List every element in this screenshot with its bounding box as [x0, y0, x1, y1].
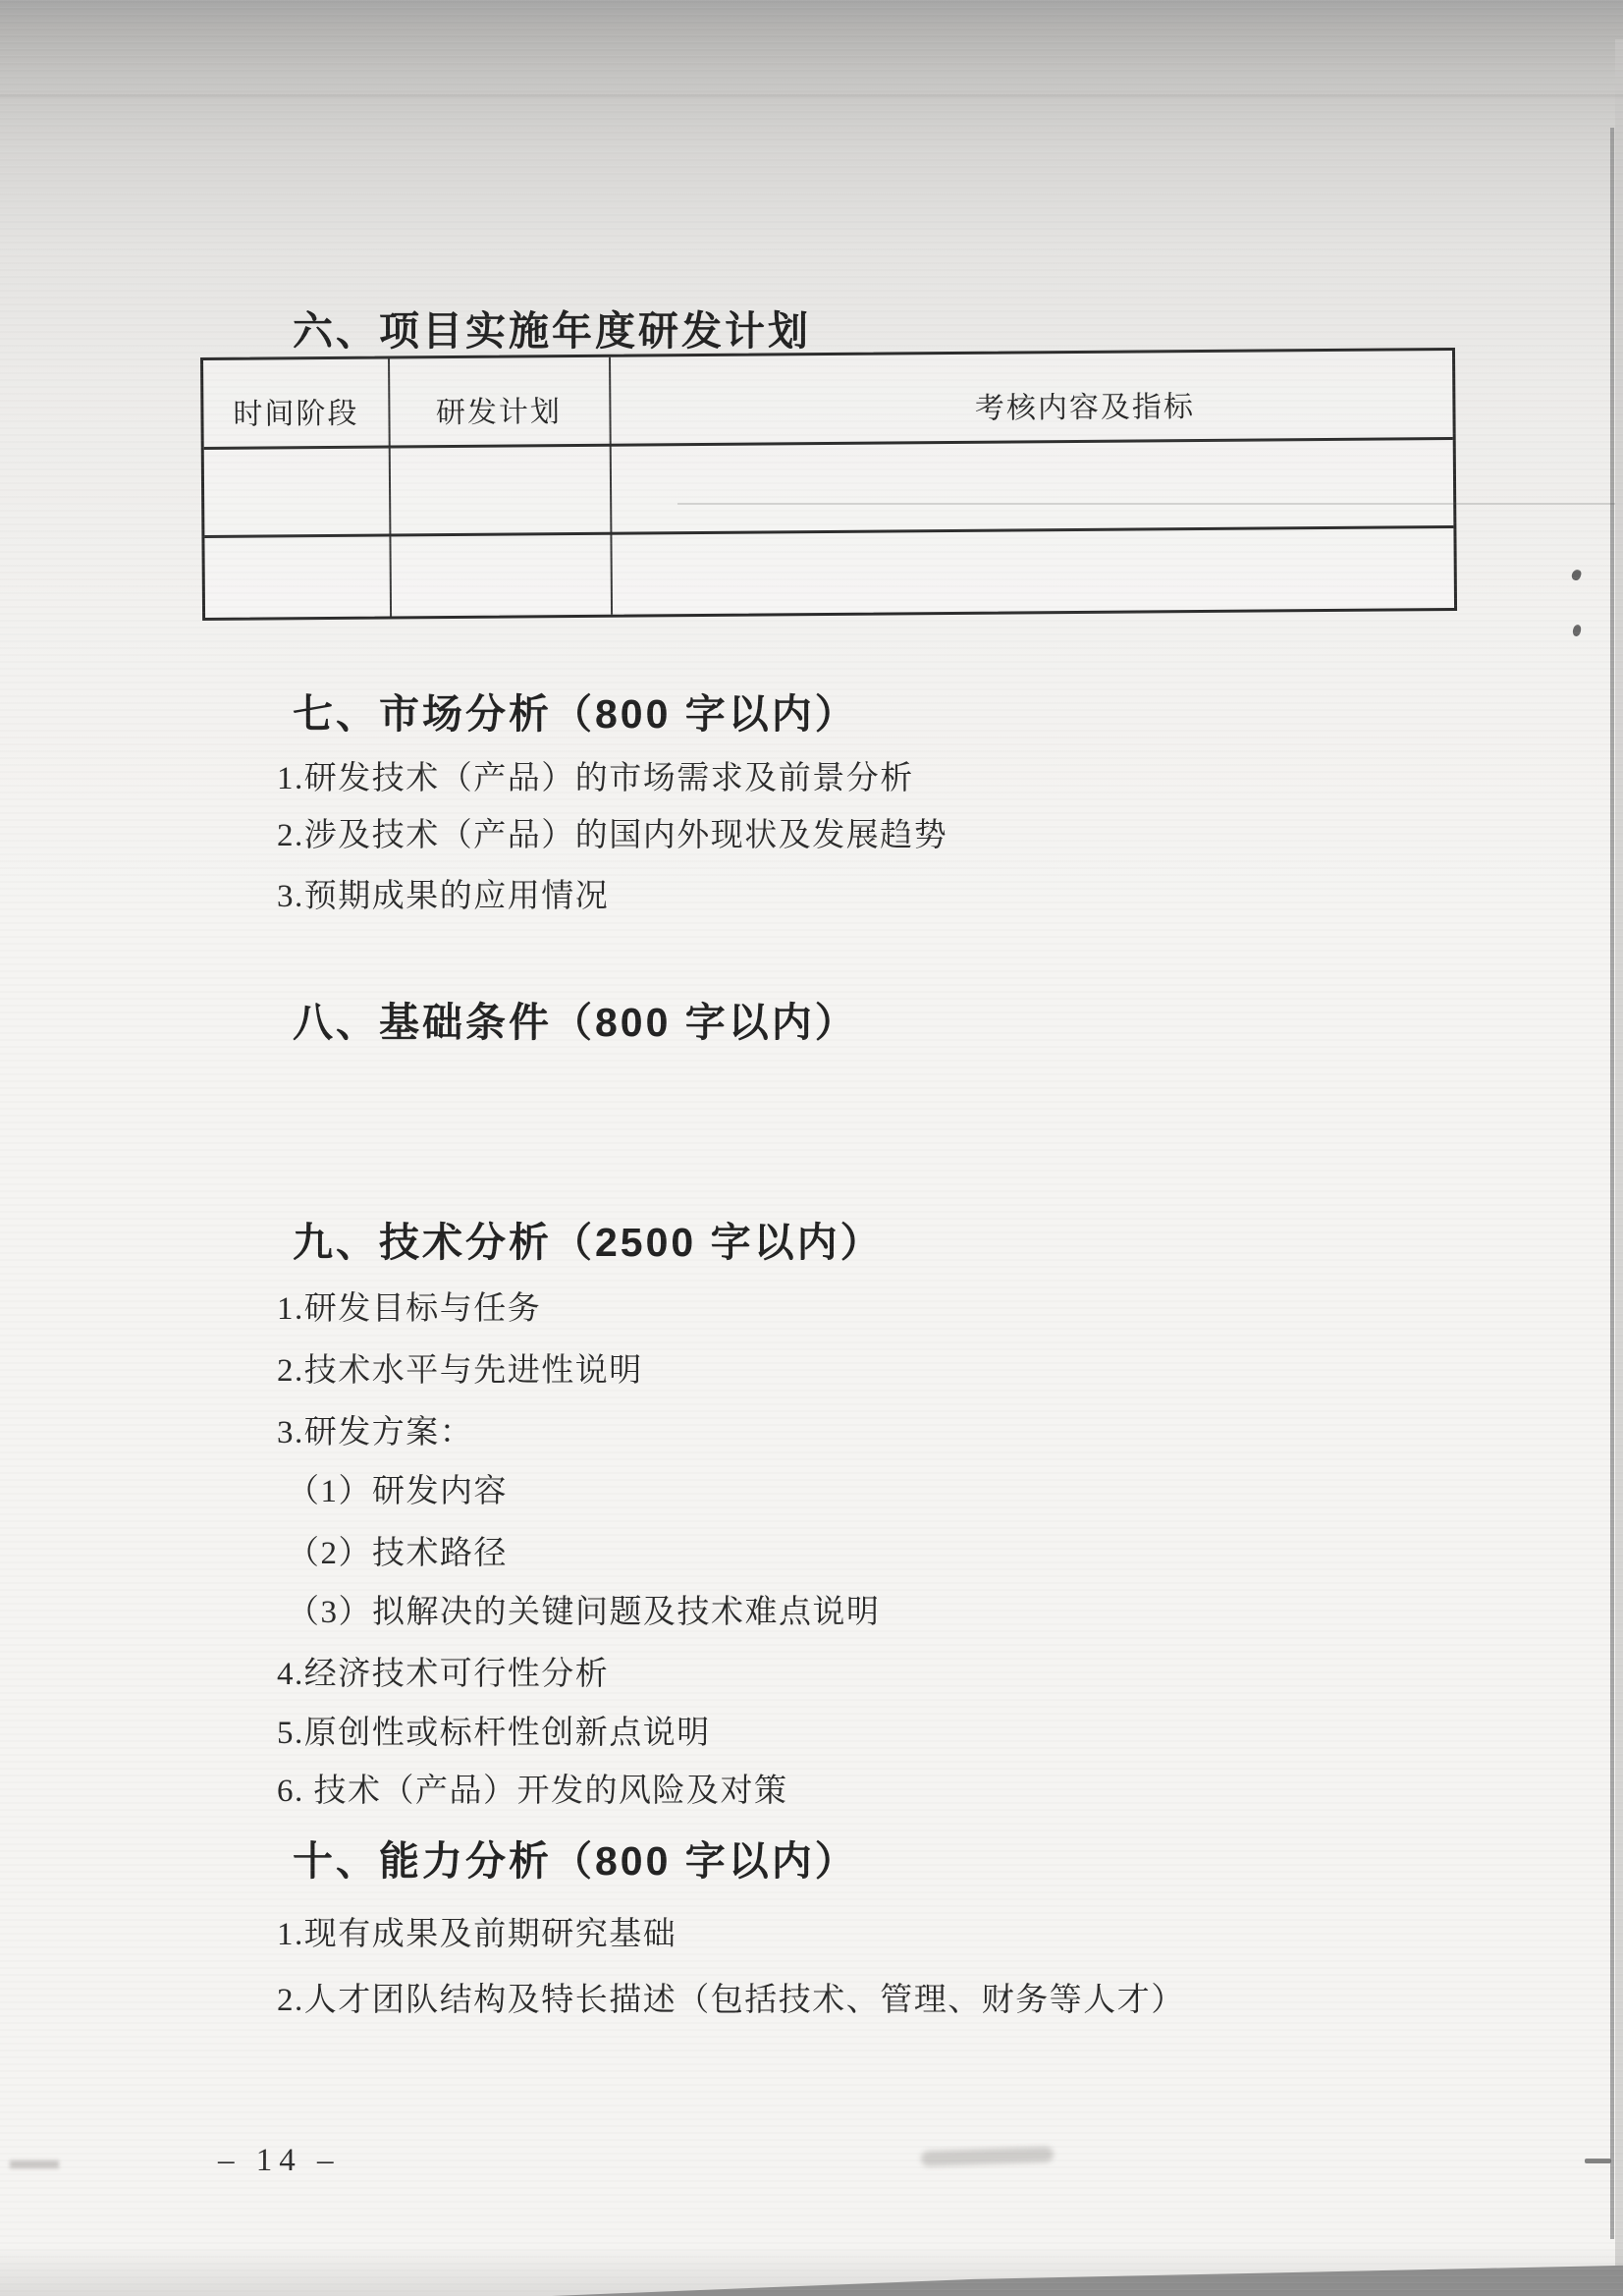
section-9-subitem: （1）研发内容	[287, 1465, 508, 1511]
scan-right-edge-line	[1610, 128, 1614, 2239]
table-cell	[389, 456, 611, 534]
scan-smudge	[921, 2147, 1054, 2167]
scan-smudge	[10, 2160, 59, 2168]
scan-hairline	[0, 94, 1623, 97]
section-10-heading: 十、能力分析（800 字以内）	[293, 1829, 858, 1886]
table-cell	[204, 457, 390, 534]
section-9-item: 4.经济技术可行性分析	[277, 1648, 609, 1694]
section-9-subitem: （3）拟解决的关键问题及技术难点说明	[287, 1586, 881, 1632]
section-9-item: 2.技术水平与先进性说明	[277, 1344, 643, 1391]
page-number: – 14 –	[218, 2143, 341, 2179]
section-9-item: 1.研发目标与任务	[277, 1283, 541, 1329]
section-9-item: 6. 技术（产品）开发的风险及对策	[277, 1765, 788, 1811]
table-header-assessment-indicators: 考核内容及指标	[663, 372, 1506, 438]
table-cell	[610, 449, 1454, 532]
section-7-heading: 七、市场分析（800 字以内）	[293, 682, 858, 739]
section-7-item: 2.涉及技术（产品）的国内外现状及发展趋势	[277, 809, 947, 855]
scan-hairline	[677, 503, 1615, 505]
section-9-heading: 九、技术分析（2500 字以内）	[293, 1210, 884, 1268]
scan-bleedthrough-dash	[1585, 2159, 1611, 2163]
section-9-subitem: （2）技术路径	[287, 1527, 508, 1573]
section-9-item: 5.原创性或标杆性创新点说明	[277, 1707, 711, 1753]
section-9-item: 3.研发方案：	[277, 1406, 473, 1452]
section-7-item: 3.预期成果的应用情况	[277, 870, 609, 916]
table-header-time-phase: 时间阶段	[203, 380, 388, 440]
section-10-item: 1.现有成果及前期研究基础	[277, 1908, 676, 1954]
scan-speck	[1571, 569, 1583, 581]
table-cell	[611, 537, 1455, 611]
section-6-heading: 六、项目实施年度研发计划	[293, 299, 811, 356]
annual-rd-plan-table: 时间阶段 研发计划 考核内容及指标	[200, 348, 1457, 621]
scan-speck	[1572, 624, 1582, 636]
table-cell	[205, 545, 391, 613]
table-header-rd-plan: 研发计划	[388, 379, 609, 440]
table-cell	[390, 544, 612, 613]
scan-right-edge-band	[1615, 39, 1623, 2296]
section-10-item: 2.人才团队结构及特长描述（包括技术、管理、财务等人才）	[277, 1974, 1185, 2020]
scan-noise-overlay	[0, 0, 1623, 2296]
section-8-heading: 八、基础条件（800 字以内）	[293, 990, 858, 1048]
section-7-item: 1.研发技术（产品）的市场需求及前景分析	[277, 752, 914, 798]
scanned-document-page: 六、项目实施年度研发计划 时间阶段 研发计划 考核内容及指标 七、市场分析（80…	[0, 0, 1623, 2296]
